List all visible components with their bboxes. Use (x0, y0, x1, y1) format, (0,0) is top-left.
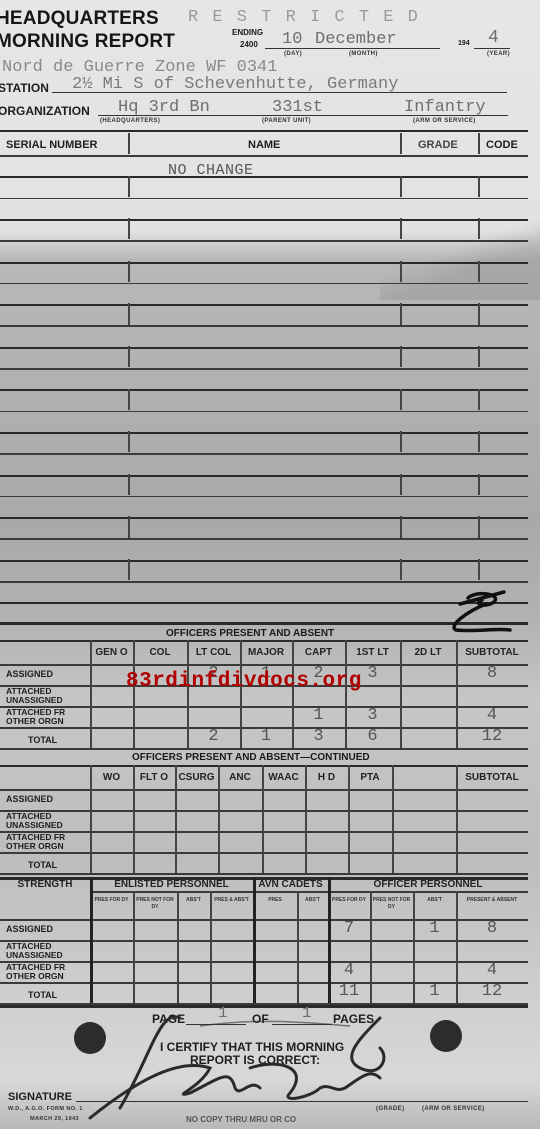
serial-name-divider (128, 474, 130, 495)
strength-subcolumn-header: PRES NOT FOR DY (370, 897, 413, 911)
officers-row-label-attached-unassigned: ATTACHED UNASSIGNED (6, 687, 63, 705)
strength-cell-value: 8 (472, 919, 512, 938)
binder-hole-right (430, 1020, 462, 1052)
serial-name-divider (128, 346, 130, 367)
parent-unit-caption: (PARENT UNIT) (262, 118, 311, 124)
officers-cont-row-label-attached-unassigned: ATTACHED UNASSIGNED (6, 812, 63, 830)
roster-row-rule (0, 538, 528, 540)
officers-cont-header-rule (0, 765, 528, 767)
strength-subcolumn-header: PRES (253, 897, 297, 904)
strength-cell-value: 4 (472, 961, 512, 980)
morning-report-form (0, 0, 540, 1129)
roster-row-rule (0, 453, 528, 455)
roster-row-rule (0, 240, 528, 242)
officers-cont-col-divider (392, 765, 394, 873)
strength-col-divider (177, 891, 179, 1003)
roster-row-rule (0, 581, 528, 583)
officers-col-header: CAPT (292, 647, 345, 658)
officers-row-label-total: TOTAL (28, 736, 57, 745)
serial-name-divider (128, 559, 130, 580)
officers-col-header: GEN O (90, 647, 133, 658)
roster-row-rule (0, 411, 528, 413)
col-code: CODE (486, 139, 518, 151)
station-label: STATION (0, 81, 49, 95)
handwritten-signature-icon (60, 998, 420, 1129)
strength-cell-value: 1 (415, 982, 455, 1001)
strength-subcolumn-header: PRESENT & ABSENT (456, 897, 528, 904)
roster-row-rule (0, 198, 528, 200)
strength-col-divider (253, 877, 256, 1003)
headquarters-caption: (HEADQUARTERS) (100, 118, 160, 124)
officers-cont-row-label-attached-other: ATTACHED FR OTHER ORGN (6, 833, 65, 851)
officers-cell-value: 1 (299, 706, 339, 725)
form-title-headquarters: HEADQUARTERS (0, 8, 159, 30)
grade-code-divider (478, 176, 480, 197)
grade-code-divider (478, 559, 480, 580)
name-grade-divider (400, 176, 402, 197)
strength-group-header: OFFICER PERSONNEL (328, 879, 528, 890)
name-grade-divider (400, 559, 402, 580)
strength-label: STRENGTH (0, 879, 90, 890)
roster-row-rule (0, 304, 528, 306)
grade-code-divider (478, 218, 480, 239)
officers-cont-col-header: WO (90, 772, 133, 783)
officers-row-rule (0, 706, 528, 708)
officers-cont-col-header: SUBTOTAL (456, 772, 528, 783)
handwritten-initial-icon (446, 586, 518, 636)
roster-row-rule (0, 432, 528, 434)
officers-col-header: COL (133, 647, 187, 658)
watermark-text: 83rdinfdivdocs.org (126, 670, 362, 693)
form-title-morning-report: MORNING REPORT (0, 31, 175, 53)
officers-col-header: LT COL (187, 647, 240, 658)
roster-row-rule (0, 262, 528, 264)
day-caption: (DAY) (284, 51, 302, 57)
col-serial-number: SERIAL NUMBER (6, 139, 97, 151)
org-parent-unit: 331st (272, 98, 323, 117)
officers-cont-row-rule (0, 831, 528, 833)
paper-shadow (380, 220, 540, 300)
officers-cell-value: 6 (353, 727, 393, 746)
name-grade-divider (400, 389, 402, 410)
officers-cont-row-rule (0, 810, 528, 812)
serial-name-divider (128, 176, 130, 197)
grade-code-divider (478, 516, 480, 537)
officers-section-title: OFFICERS PRESENT AND ABSENT (166, 628, 334, 639)
name-grade-divider (400, 133, 402, 154)
strength-cell-value: 4 (329, 961, 369, 980)
officers-cell-value: 4 (472, 706, 512, 725)
roster-top-rule (0, 130, 528, 132)
officers-col-header: 2D LT (400, 647, 456, 658)
officers-cell-value: 1 (246, 727, 286, 746)
strength-subcolumn-header: PRES FOR DY (328, 897, 370, 904)
grade-code-divider (478, 303, 480, 324)
strength-col-divider (210, 891, 212, 1003)
officers-header-rule (0, 640, 528, 642)
roster-row-rule (0, 496, 528, 498)
strength-subcolumn-header: PRES NOT FOR DY (133, 897, 177, 911)
officers-cont-col-header: PTA (348, 772, 392, 783)
strength-row-rule (0, 961, 528, 963)
officers-cell-value: 3 (299, 727, 339, 746)
strength-group-header: AVN CADETS (253, 879, 328, 890)
year-prefix: 194 (458, 40, 470, 47)
organization-label: ORGANIZATION (0, 104, 90, 118)
officers-cont-row-rule (0, 789, 528, 791)
officers-cont-col-header: CSURG (175, 772, 218, 783)
serial-name-divider (128, 261, 130, 282)
officers-cont-row-label-total: TOTAL (28, 861, 57, 870)
officers-cell-value: 8 (472, 664, 512, 683)
roster-row-rule (0, 368, 528, 370)
strength-row-rule (0, 940, 528, 942)
officers-cell-value: 2 (194, 727, 234, 746)
strength-group-header: ENLISTED PERSONNEL (90, 879, 253, 890)
grade-code-divider (478, 431, 480, 452)
serial-name-divider (128, 389, 130, 410)
name-grade-divider (400, 431, 402, 452)
roster-row-rule (0, 347, 528, 349)
name-grade-divider (400, 516, 402, 537)
strength-row-label-assigned: ASSIGNED (6, 925, 53, 934)
grade-code-divider (478, 474, 480, 495)
officers-cont-col-header: WAAC (262, 772, 305, 783)
officers-cont-row-rule (0, 873, 528, 875)
strength-subcolumn-header: ABS'T (297, 897, 328, 904)
strength-col-divider (297, 891, 299, 1003)
officers-cont-col-header: ANC (218, 772, 262, 783)
serial-name-divider (128, 516, 130, 537)
officers-col-header: 1ST LT (345, 647, 400, 658)
roster-row-rule (0, 283, 528, 285)
arm-service-caption-footer: (ARM OR SERVICE) (422, 1106, 485, 1112)
roster-row-rule (0, 560, 528, 562)
serial-name-divider (128, 133, 130, 154)
roster-row-rule (0, 219, 528, 221)
officers-cell-value: 12 (472, 727, 512, 746)
officers-row-label-attached-other: ATTACHED FR OTHER ORGN (6, 708, 65, 726)
officers-row-label-assigned: ASSIGNED (6, 670, 53, 679)
officers-cont-col-header: FLT O (133, 772, 175, 783)
name-grade-divider (400, 303, 402, 324)
strength-col-divider (90, 877, 93, 1003)
officers-continued-title: OFFICERS PRESENT AND ABSENT—CONTINUED (132, 752, 370, 763)
strength-subcolumn-header: PRES FOR DY (90, 897, 133, 904)
officers-cont-row-label-assigned: ASSIGNED (6, 795, 53, 804)
roster-row-rule (0, 176, 528, 178)
org-headquarters: Hq 3rd Bn (118, 98, 210, 117)
roster-row-rule (0, 325, 528, 327)
year-underline (474, 48, 510, 49)
roster-row-rule (0, 517, 528, 519)
report-day: 10 (282, 30, 302, 49)
roster-row-rule (0, 389, 528, 391)
strength-cell-value: 1 (415, 919, 455, 938)
strength-group-rule (90, 891, 528, 893)
strength-subcolumn-header: ABS'T (413, 897, 456, 904)
month-caption: (MONTH) (349, 51, 378, 57)
strength-subcolumn-header: ABS'T (177, 897, 210, 904)
name-grade-divider (400, 218, 402, 239)
org-arm-service: Infantry (404, 98, 486, 117)
ending-time-label: 2400 (240, 40, 258, 49)
officers-cont-col-header: H D (305, 772, 348, 783)
classification-stamp: R E S T R I C T E D (188, 8, 420, 27)
strength-subcolumn-header: PRES & ABS'T (210, 897, 253, 904)
officers-cont-row-rule (0, 852, 528, 854)
serial-name-divider (128, 303, 130, 324)
grade-code-divider (478, 389, 480, 410)
station-value: 2½ Mi S of Schevenhutte, Germany (72, 75, 398, 94)
officers-col-header: SUBTOTAL (456, 647, 528, 658)
strength-col-divider (456, 891, 458, 1003)
serial-name-divider (128, 431, 130, 452)
strength-row-label-attached-unassigned: ATTACHED UNASSIGNED (6, 942, 63, 960)
roster-row-rule (0, 475, 528, 477)
grade-code-divider (478, 261, 480, 282)
strength-row-label-attached-other: ATTACHED FR OTHER ORGN (6, 963, 65, 981)
name-grade-divider (400, 474, 402, 495)
roster-row-rule (0, 155, 528, 157)
report-month: December (315, 30, 397, 49)
serial-name-divider (128, 218, 130, 239)
officers-cell-value: 3 (353, 706, 393, 725)
col-grade: GRADE (418, 139, 458, 151)
officers-row-rule (0, 748, 528, 750)
name-grade-divider (400, 346, 402, 367)
name-grade-divider (400, 261, 402, 282)
ending-label: ENDING (232, 28, 263, 37)
grade-code-divider (478, 133, 480, 154)
year-caption: (YEAR) (487, 51, 510, 57)
grade-code-divider (478, 346, 480, 367)
col-name: NAME (248, 139, 280, 151)
strength-cell-value: 12 (472, 982, 512, 1001)
arm-service-caption: (ARM OR SERVICE) (413, 118, 476, 124)
strength-cell-value: 7 (329, 919, 369, 938)
report-year-digit: 4 (488, 28, 499, 48)
strength-row-label-total: TOTAL (28, 991, 57, 1000)
officers-col-header: MAJOR (240, 647, 292, 658)
